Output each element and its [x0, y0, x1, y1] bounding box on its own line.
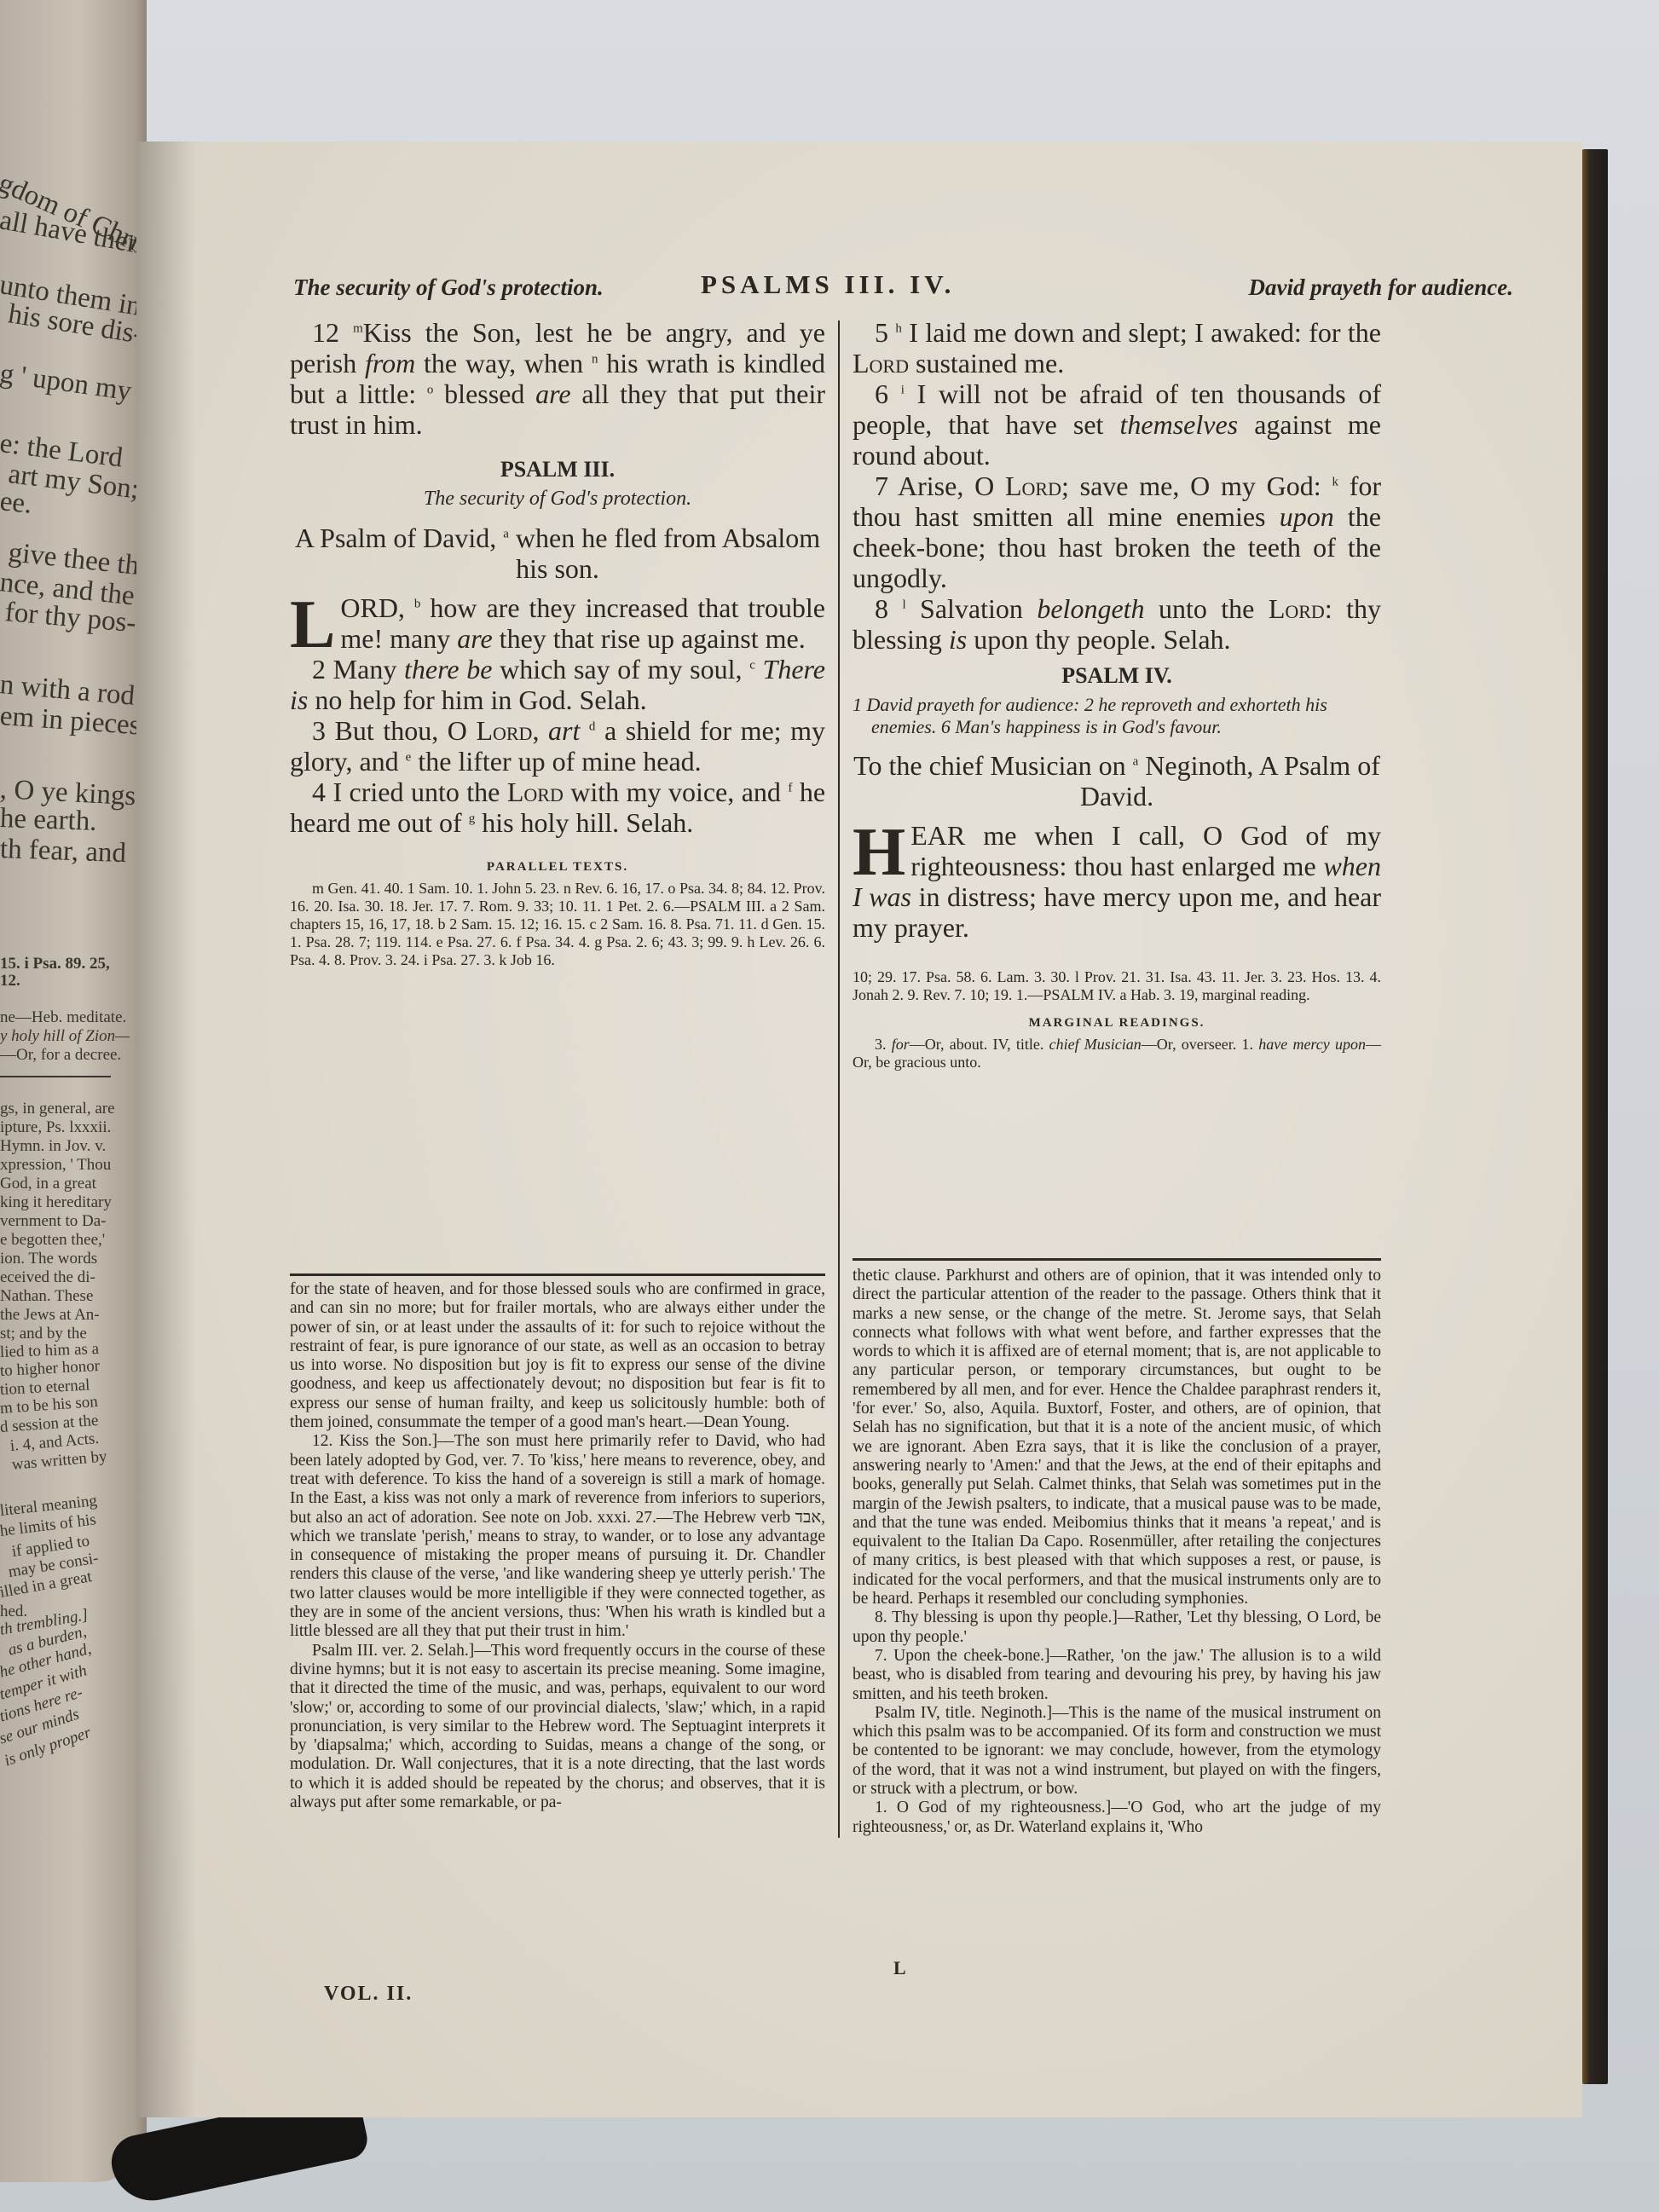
verse-3-3: 3 But thou, O Lord, art d a shield for m…: [290, 715, 825, 777]
fragment: th fear, and: [0, 834, 127, 869]
fragment: Hymn. in Jov. v.: [0, 1137, 106, 1156]
left-page-rule: [0, 1076, 111, 1077]
verse-3-6: 6 i I will not be afraid of ten thousand…: [853, 378, 1381, 471]
psalm-3-subtitle: The security of God's protection.: [290, 488, 825, 511]
drop-cap: H: [853, 825, 905, 880]
column-divider: [838, 321, 840, 1838]
verse-3-5: 5 h I laid me down and slept; I awaked: …: [853, 317, 1381, 378]
right-column: 5 h I laid me down and slept; I awaked: …: [853, 317, 1381, 1071]
commentary-paragraph: thetic clause. Parkhurst and others are …: [853, 1267, 1381, 1608]
fragment: —Or, for a decree.: [0, 1046, 121, 1065]
fragment: king it hereditary: [0, 1193, 112, 1212]
parallel-texts: m Gen. 41. 40. 1 Sam. 10. 1. John 5. 23.…: [290, 880, 825, 969]
running-head: The security of God's protection. PSALMS…: [290, 269, 1513, 307]
marginal-readings: 3. for—Or, about. IV, title. chief Music…: [853, 1036, 1381, 1071]
fragment: the Jews at An-: [0, 1306, 100, 1325]
running-head-right: David prayeth for audience.: [1249, 274, 1513, 301]
commentary-right: thetic clause. Parkhurst and others are …: [853, 1267, 1381, 1837]
running-head-left: The security of God's protection.: [293, 274, 604, 301]
fragment: vernment to Da-: [0, 1212, 107, 1231]
fragment: God, in a great: [0, 1175, 96, 1193]
verse-3-7: 7 Arise, O Lord; save me, O my God: k fo…: [853, 471, 1381, 593]
commentary-left: for the state of heaven, and for those b…: [290, 1280, 825, 1812]
book-spine-binding: [1582, 149, 1608, 2084]
commentary-paragraph: Psalm III. ver. 2. Selah.]—This word fre…: [290, 1642, 825, 1813]
commentary-paragraph: 12. Kiss the Son.]—The son must here pri…: [290, 1432, 825, 1641]
verse-3-4: 4 I cried unto the Lord with my voice, a…: [290, 777, 825, 838]
fragment: gs, in general, are: [0, 1100, 115, 1118]
fragment: ipture, Ps. lxxxii.: [0, 1118, 111, 1137]
fragment: ion. The words: [0, 1250, 97, 1268]
psalm-4-title: PSALM IV.: [853, 663, 1381, 689]
left-column: 12 mKiss the Son, lest he be angry, and …: [290, 317, 825, 969]
running-head-title: PSALMS III. IV.: [701, 269, 955, 300]
fragment: Nathan. These: [0, 1287, 93, 1306]
fragment: 15. i Psa. 89. 25,: [0, 955, 110, 973]
verse-3-1: LORD, b how are they increased that trou…: [290, 592, 825, 654]
fragment: ne—Heb. meditate.: [0, 1008, 126, 1027]
commentary-paragraph: 8. Thy blessing is upon thy people.]—Rat…: [853, 1608, 1381, 1647]
parallel-texts-continued: 10; 29. 17. Psa. 58. 6. Lam. 3. 30. l Pr…: [853, 968, 1381, 1004]
fragment: y holy hill of Zion—: [0, 1027, 130, 1046]
left-facing-page: gdom of Christ. all have them unto them …: [0, 0, 147, 2182]
fragment: g ' upon my: [0, 358, 133, 407]
marginal-readings-heading: MARGINAL READINGS.: [853, 1016, 1381, 1031]
volume-label: VOL. II.: [324, 1983, 413, 2006]
fragment: xpression, ' Thou: [0, 1156, 111, 1175]
commentary-paragraph: for the state of heaven, and for those b…: [290, 1280, 825, 1432]
verse-4-1: HEAR me when I call, O God of my righteo…: [853, 820, 1381, 943]
commentary-paragraph: 7. Upon the cheek-bone.]—Rather, 'on the…: [853, 1647, 1381, 1704]
verse-3-2: 2 Many there be which say of my soul, c …: [290, 654, 825, 715]
parallel-texts-heading: PARALLEL TEXTS.: [290, 860, 825, 875]
commentary-paragraph: Psalm IV, title. Neginoth.]—This is the …: [853, 1704, 1381, 1799]
fragment: 12.: [0, 972, 20, 990]
fragment: he earth.: [0, 803, 97, 837]
signature-mark: L: [893, 1957, 906, 1979]
book-page: The security of God's protection. PSALMS…: [136, 141, 1582, 2117]
psalm-4-summary: 1 David prayeth for audience: 2 he repro…: [853, 694, 1381, 738]
fragment: eceived the di-: [0, 1268, 95, 1287]
gutter-shadow: [136, 141, 196, 2117]
commentary-paragraph: 1. O God of my righteousness.]—'O God, w…: [853, 1799, 1381, 1837]
verse-3-8: 8 l Salvation belongeth unto the Lord: t…: [853, 593, 1381, 655]
notes-rule-left: [290, 1273, 825, 1276]
psalm-4-superscription: To the chief Musician on a Neginoth, A P…: [853, 750, 1381, 811]
drop-cap: L: [290, 598, 335, 652]
fragment: ee.: [0, 486, 33, 520]
notes-rule-right: [853, 1258, 1381, 1261]
verse-2-12: 12 mKiss the Son, lest he be angry, and …: [290, 317, 825, 440]
fragment: e begotten thee,': [0, 1231, 105, 1250]
psalm-3-superscription: A Psalm of David, a when he fled from Ab…: [290, 523, 825, 584]
psalm-3-title: PSALM III.: [290, 457, 825, 482]
